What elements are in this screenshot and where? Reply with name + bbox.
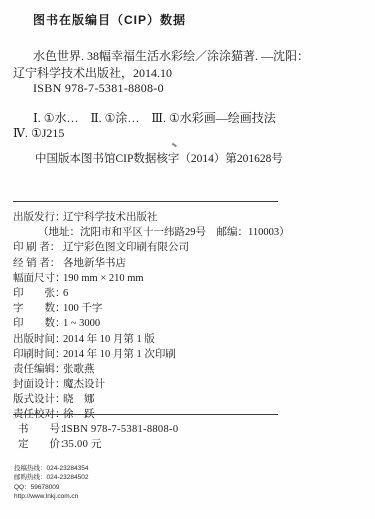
row-value: 2014 年 10 月第 1 次印刷: [63, 347, 176, 362]
cip-classification-line-2: Ⅳ. ①J215: [13, 126, 64, 141]
row-value: 张歌燕: [63, 362, 95, 377]
book-number-row: 书 号： ISBN 978-7-5381-8808-0: [18, 422, 348, 437]
row-label: 版式设计：: [13, 392, 63, 407]
contact-block: 投稿热线：024-23284354 邮购热线：024-23284502 QQ：5…: [14, 464, 88, 502]
publication-info-block: 出版发行： 辽宁科学技术出版社 （地址：沈阳市和平区十一纬路29号 邮编：110…: [13, 210, 343, 423]
pubinfo-row-distributor: 经 销 者： 各地新华书店: [13, 256, 343, 271]
cip-record-number: 中国版本图书馆CIP数据核字（2014）第201628号: [35, 150, 283, 166]
row-value: 100 千字: [63, 301, 102, 316]
divider-top: [13, 201, 278, 202]
row-label: 幅面尺寸：: [13, 271, 63, 286]
pubinfo-row-wordcount: 字 数： 100 千字: [13, 301, 343, 316]
divider-bottom: [13, 414, 278, 415]
cip-publisher-line: 辽宁科学技术出版社，2014.10: [13, 64, 172, 81]
row-value: 辽宁彩色图文印刷有限公司: [63, 240, 189, 255]
row-value: ISBN 978-7-5381-8808-0: [63, 422, 178, 437]
row-label: 出版时间：: [13, 332, 63, 347]
row-value: 190 mm × 210 mm: [63, 271, 144, 286]
row-label: 字 数：: [13, 301, 63, 316]
row-value: 辽宁科学技术出版社: [63, 210, 158, 225]
pubinfo-row-coverdesign: 封面设计： 魔杰设计: [13, 377, 343, 392]
pubinfo-row-printer: 印 刷 者： 辽宁彩色图文印刷有限公司: [13, 240, 343, 255]
row-label: 出版发行：: [13, 210, 63, 225]
pubinfo-row-address: （地址：沈阳市和平区十一纬路29号 邮编：110003）: [13, 225, 343, 240]
pubinfo-row-printrun: 印 数： 1 ~ 3000: [13, 316, 343, 331]
row-value: 晓 娜: [63, 392, 95, 407]
pubinfo-row-printdate: 印刷时间： 2014 年 10 月第 1 次印刷: [13, 347, 343, 362]
copyright-page: 图书在版编目（CIP）数据 水色世界. 38幅幸福生活水彩绘／涂涂猫著. —沈阳…: [0, 0, 375, 519]
contact-submission-hotline: 投稿热线：024-23284354: [14, 464, 88, 473]
price-row: 定 价： 35.00 元: [18, 437, 348, 452]
row-label: 印 张：: [13, 286, 63, 301]
pubinfo-row-editor: 责任编辑： 张歌燕: [13, 362, 343, 377]
row-value: 2014 年 10 月第 1 版: [63, 332, 155, 347]
row-label: 责任校对：: [13, 407, 63, 422]
pubinfo-row-layoutdesign: 版式设计： 晓 娜: [13, 392, 343, 407]
row-label: 印 刷 者：: [13, 240, 63, 255]
row-label: 印刷时间：: [13, 347, 63, 362]
row-value: 各地新华书店: [63, 256, 126, 271]
row-value: 魔杰设计: [63, 377, 105, 392]
pubinfo-row-publisher: 出版发行： 辽宁科学技术出版社: [13, 210, 343, 225]
scan-artifact-mark: [172, 143, 177, 147]
row-value: 1 ~ 3000: [63, 316, 100, 331]
contact-mailorder-hotline: 邮购热线：024-23284502: [14, 473, 88, 482]
row-value: 6: [63, 286, 68, 301]
contact-website-url: http://www.lnkj.com.cn: [14, 492, 88, 501]
contact-qq: QQ：59678009: [14, 483, 88, 492]
row-value: 35.00 元: [63, 437, 102, 452]
pubinfo-row-sheets: 印 张： 6: [13, 286, 343, 301]
cip-title-line: 水色世界. 38幅幸福生活水彩绘／涂涂猫著. —沈阳：: [33, 47, 309, 64]
row-value: （地址：沈阳市和平区十一纬路29号 邮编：110003）: [38, 225, 290, 240]
row-label: 封面设计：: [13, 377, 63, 392]
pubinfo-row-pubdate: 出版时间： 2014 年 10 月第 1 版: [13, 332, 343, 347]
book-number-price-block: 书 号： ISBN 978-7-5381-8808-0 定 价： 35.00 元: [18, 422, 348, 452]
pubinfo-row-dimensions: 幅面尺寸： 190 mm × 210 mm: [13, 271, 343, 286]
cip-classification-line-1: Ⅰ. ①水… Ⅱ. ①涂… Ⅲ. ①水彩画—绘画技法: [33, 109, 276, 126]
cip-isbn-line: ISBN 978-7-5381-8808-0: [33, 81, 164, 96]
row-label: 书 号：: [18, 422, 63, 437]
row-label: 经 销 者：: [13, 256, 63, 271]
row-label: 定 价：: [18, 437, 63, 452]
row-value: 徐 跃: [63, 407, 95, 422]
row-label: 印 数：: [13, 316, 63, 331]
cip-header: 图书在版编目（CIP）数据: [33, 11, 186, 28]
row-label: 责任编辑：: [13, 362, 63, 377]
pubinfo-row-proofreader: 责任校对： 徐 跃: [13, 407, 343, 422]
